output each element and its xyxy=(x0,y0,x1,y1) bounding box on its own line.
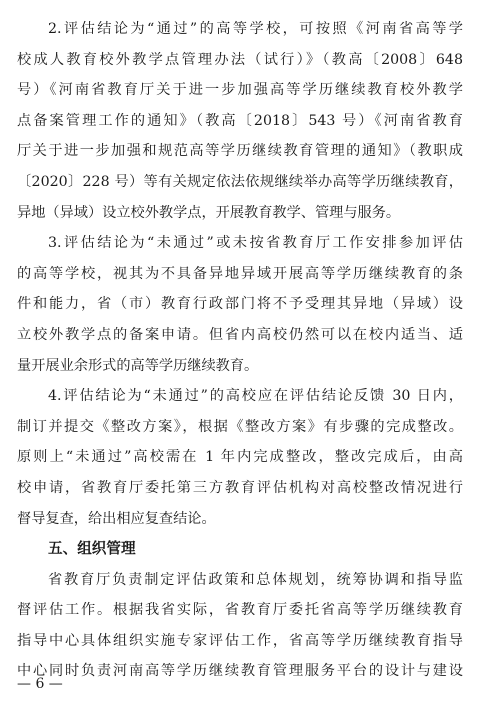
paragraph-organization: 省教育厅负责制定评估政策和总体规划，统筹协调和指导监 督评估工作。根据我省实际，… xyxy=(17,565,463,687)
text-line: 量开展业余形式的高等学历继续教育。 xyxy=(17,351,463,382)
text-line: 号）《河南省教育厅关于进一步加强高等学历继续教育校外教学 xyxy=(17,75,463,106)
text-line: 原则上“未通过”高校需在 1 年内完成整改，整改完成后，由高 xyxy=(17,442,463,473)
text-line: 异地（异域）设立校外教学点，开展教育教学、管理与服务。 xyxy=(17,198,463,229)
text-line: 指导中心具体组织实施专家评估工作，省高等学历继续教育指导 xyxy=(17,626,463,657)
text-line: 点备案管理工作的通知》（教高〔2018〕543 号）《河南省教育 xyxy=(17,106,463,137)
text-line: 2.评估结论为“通过”的高等学校，可按照《河南省高等学 xyxy=(17,14,463,45)
text-line: 厅关于进一步加强和规范高等学历继续教育管理的通知》（教职成 xyxy=(17,136,463,167)
text-line: 3.评估结论为“未通过”或未按省教育厅工作安排参加评估 xyxy=(17,228,463,259)
text-line: 件和能力，省（市）教育行政部门将不予受理其异地（异域）设 xyxy=(17,289,463,320)
text-line: 督评估工作。根据我省实际，省教育厅委托省高等学历继续教育 xyxy=(17,595,463,626)
text-line: 督导复查，给出相应复查结论。 xyxy=(17,504,463,535)
text-line: 省教育厅负责制定评估政策和总体规划，统筹协调和指导监 xyxy=(17,565,463,596)
text-line: 的高等学校，视其为不具备异地异域开展高等学历继续教育的条 xyxy=(17,259,463,290)
section-heading: 五、组织管理 xyxy=(17,534,463,565)
text-line: 立校外教学点的备案申请。但省内高校仍然可以在校内适当、适 xyxy=(17,320,463,351)
text-line: 〔2020〕228 号）等有关规定依法依规继续举办高等学历继续教育， xyxy=(17,167,463,198)
text-line: 4.评估结论为“未通过”的高校应在评估结论反馈 30 日内， xyxy=(17,381,463,412)
paragraph-item-4: 4.评估结论为“未通过”的高校应在评估结论反馈 30 日内， 制订并提交《整改方… xyxy=(17,381,463,534)
document-page: 2.评估结论为“通过”的高等学校，可按照《河南省高等学 校成人教育校外教学点管理… xyxy=(17,14,463,687)
paragraph-item-2: 2.评估结论为“通过”的高等学校，可按照《河南省高等学 校成人教育校外教学点管理… xyxy=(17,14,463,228)
text-line: 中心同时负责河南高等学历继续教育管理服务平台的设计与建设 xyxy=(17,656,463,687)
paragraph-item-3: 3.评估结论为“未通过”或未按省教育厅工作安排参加评估 的高等学校，视其为不具备… xyxy=(17,228,463,381)
page-number: — 6 — xyxy=(17,674,63,694)
text-line: 制订并提交《整改方案》，根据《整改方案》有步骤的完成整改。 xyxy=(17,412,463,443)
text-line: 校申请，省教育厅委托第三方教育评估机构对高校整改情况进行 xyxy=(17,473,463,504)
text-line: 校成人教育校外教学点管理办法（试行）》（教高〔2008〕648 xyxy=(17,45,463,76)
